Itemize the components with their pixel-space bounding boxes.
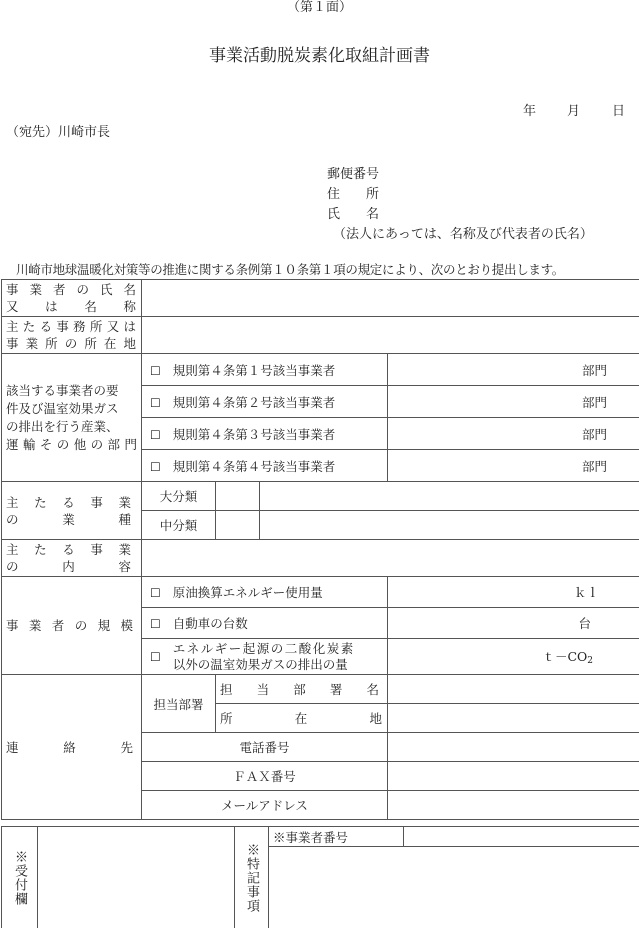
contact-label: 連絡先	[2, 675, 142, 820]
row-business-name: 事業者の氏名 又は名称	[2, 280, 639, 317]
checkbox-icon[interactable]: ☐	[150, 460, 161, 474]
business-name-field[interactable]	[142, 280, 639, 317]
business-name-label: 事業者の氏名 又は名称	[2, 280, 142, 317]
fax-label: ＦＡＸ番号	[142, 762, 388, 791]
department-group-label: 担当部署	[142, 675, 216, 733]
office-location-label: 主たる事務所又は 事業所の所在地	[2, 317, 142, 354]
plan-form-table: 事業者の氏名 又は名称 主たる事務所又は 事業所の所在地 該当する事業者の要 件…	[1, 279, 639, 820]
row-business-content: 主たる事業 の内容	[2, 540, 639, 577]
sector-label: 該当する事業者の要 件及び温室効果ガス の排出を行う産業、 運輸その他の部門	[2, 354, 142, 482]
reception-label: ※受付欄	[2, 827, 38, 928]
middle-category-label: 中分類	[142, 511, 216, 540]
office-location-field[interactable]	[142, 317, 639, 354]
scale-option-vehicles[interactable]: ☐自動車の台数	[142, 608, 388, 639]
email-label: メールアドレス	[142, 791, 388, 820]
sector-option-1[interactable]: ☐規則第４条第１号該当事業者	[142, 354, 388, 386]
checkbox-icon[interactable]: ☐	[150, 586, 161, 600]
business-content-label: 主たる事業 の内容	[2, 540, 142, 577]
scale-label: 事業者の規模	[2, 577, 142, 675]
row-office-location: 主たる事務所又は 事業所の所在地	[2, 317, 639, 354]
business-content-field[interactable]	[142, 540, 639, 577]
department-name-label: 担当部署名	[216, 675, 388, 704]
name-label: 氏 名	[327, 203, 379, 222]
row-industry-major: 主たる事業 の業種 大分類	[2, 482, 639, 511]
row-sector-1: 該当する事業者の要 件及び温室効果ガス の排出を行う産業、 運輸その他の部門 ☐…	[2, 354, 639, 386]
scale-value-energy[interactable]: ｋｌ	[388, 577, 639, 608]
checkbox-icon[interactable]: ☐	[150, 396, 161, 410]
business-number-field[interactable]	[404, 827, 639, 847]
submission-statement: 川崎市地球温暖化対策等の推進に関する条例第１０条第１項の規定により、次のとおり提…	[16, 260, 564, 278]
special-notes-label: ※特記事項	[235, 827, 269, 928]
name-note: （法人にあっては、名称及び代表者の氏名）	[333, 223, 593, 242]
sector-value-1[interactable]: 部門	[388, 354, 639, 386]
checkbox-icon[interactable]: ☐	[150, 650, 161, 664]
date-year-label: 年	[523, 100, 536, 119]
date-month-label: 月	[567, 100, 580, 119]
document-title: 事業活動脱炭素化取組計画書	[0, 45, 639, 67]
fax-field[interactable]	[388, 762, 639, 791]
industry-label: 主たる事業 の業種	[2, 482, 142, 540]
scale-option-energy[interactable]: ☐原油換算エネルギー使用量	[142, 577, 388, 608]
major-category-code[interactable]	[216, 482, 260, 511]
sector-value-4[interactable]: 部門	[388, 450, 639, 482]
page-number: （第１面）	[0, 0, 639, 16]
major-category-field[interactable]	[260, 482, 639, 511]
major-category-label: 大分類	[142, 482, 216, 511]
checkbox-icon[interactable]: ☐	[150, 428, 161, 442]
location-field[interactable]	[388, 704, 639, 733]
date-day-label: 日	[612, 100, 625, 119]
special-notes-field[interactable]	[269, 847, 639, 928]
scale-value-ghg[interactable]: ｔ－CO2	[388, 639, 639, 675]
business-number-label: ※事業者番号	[269, 827, 404, 847]
sector-option-3[interactable]: ☐規則第４条第３号該当事業者	[142, 418, 388, 450]
email-field[interactable]	[388, 791, 639, 820]
postal-code-label: 郵便番号	[327, 163, 379, 182]
sector-value-2[interactable]: 部門	[388, 386, 639, 418]
location-label: 所在地	[216, 704, 388, 733]
address-label: 住 所	[327, 183, 379, 202]
sector-option-4[interactable]: ☐規則第４条第４号該当事業者	[142, 450, 388, 482]
checkbox-icon[interactable]: ☐	[150, 617, 161, 631]
department-name-field[interactable]	[388, 675, 639, 704]
sector-value-3[interactable]: 部門	[388, 418, 639, 450]
scale-option-ghg[interactable]: ☐ エネルギー起源の二酸化炭素 以外の温室効果ガスの排出の量	[142, 639, 388, 675]
phone-field[interactable]	[388, 733, 639, 762]
row-contact-dept-name: 連絡先 担当部署 担当部署名	[2, 675, 639, 704]
scale-value-vehicles[interactable]: 台	[388, 608, 639, 639]
checkbox-icon[interactable]: ☐	[150, 364, 161, 378]
sector-option-2[interactable]: ☐規則第４条第２号該当事業者	[142, 386, 388, 418]
middle-category-field[interactable]	[260, 511, 639, 540]
reception-field[interactable]	[38, 827, 235, 928]
middle-category-code[interactable]	[216, 511, 260, 540]
addressee: （宛先）川崎市長	[6, 121, 110, 140]
phone-label: 電話番号	[142, 733, 388, 762]
row-scale-energy: 事業者の規模 ☐原油換算エネルギー使用量 ｋｌ	[2, 577, 639, 608]
office-use-table: ※受付欄 ※特記事項 ※事業者番号	[1, 826, 639, 928]
